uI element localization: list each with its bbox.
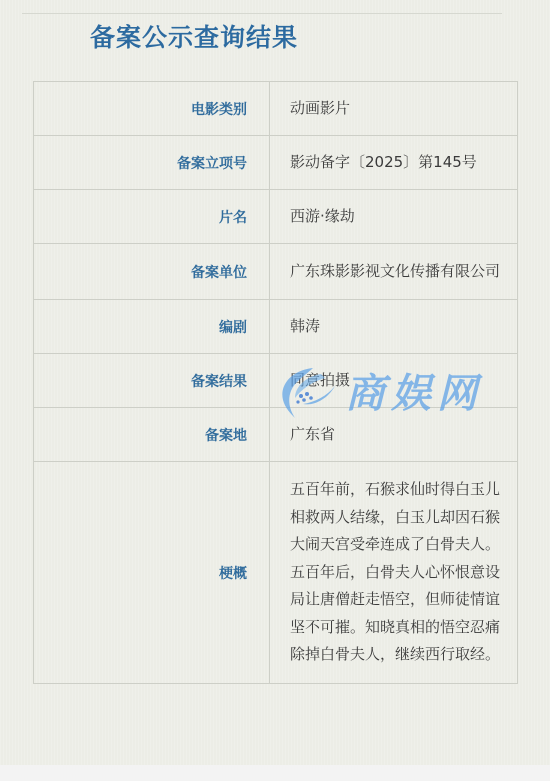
table-row-filing-location: 备案地 广东省 xyxy=(34,408,518,462)
bottom-strip xyxy=(0,765,550,781)
record-table: 电影类别 动画影片 备案立项号 影动备字〔2025〕第145号 片名 西游·缘劫… xyxy=(33,81,518,684)
row-value: 动画影片 xyxy=(270,82,518,136)
page-title: 备案公示查询结果 xyxy=(90,18,298,54)
row-value: 五百年前，石猴求仙时得白玉儿相救两人结缘，白玉儿却因石猴大闹天宫受牵连成了白骨夫… xyxy=(270,462,518,684)
row-label: 备案地 xyxy=(34,408,270,462)
row-value: 韩涛 xyxy=(270,300,518,354)
table-row-filing-company: 备案单位 广东珠影影视文化传播有限公司 xyxy=(34,244,518,300)
row-value: 广东省 xyxy=(270,408,518,462)
row-label: 梗概 xyxy=(34,462,270,684)
row-label: 备案单位 xyxy=(34,244,270,300)
row-value: 西游·缘劫 xyxy=(270,190,518,244)
row-label: 编剧 xyxy=(34,300,270,354)
table-row-screenwriter: 编剧 韩涛 xyxy=(34,300,518,354)
table-row-synopsis: 梗概 五百年前，石猴求仙时得白玉儿相救两人结缘，白玉儿却因石猴大闹天宫受牵连成了… xyxy=(34,462,518,684)
table-row-record-number: 备案立项号 影动备字〔2025〕第145号 xyxy=(34,136,518,190)
row-label: 片名 xyxy=(34,190,270,244)
page-background: 备案公示查询结果 电影类别 动画影片 备案立项号 影动备字〔2025〕第145号… xyxy=(0,0,550,765)
table-row-film-title: 片名 西游·缘劫 xyxy=(34,190,518,244)
top-divider xyxy=(22,13,502,14)
row-value: 同意拍摄 xyxy=(270,354,518,408)
table-row-filing-result: 备案结果 同意拍摄 xyxy=(34,354,518,408)
row-value: 影动备字〔2025〕第145号 xyxy=(270,136,518,190)
row-label: 备案结果 xyxy=(34,354,270,408)
row-value: 广东珠影影视文化传播有限公司 xyxy=(270,244,518,300)
row-label: 备案立项号 xyxy=(34,136,270,190)
table-row-film-category: 电影类别 动画影片 xyxy=(34,82,518,136)
row-label: 电影类别 xyxy=(34,82,270,136)
